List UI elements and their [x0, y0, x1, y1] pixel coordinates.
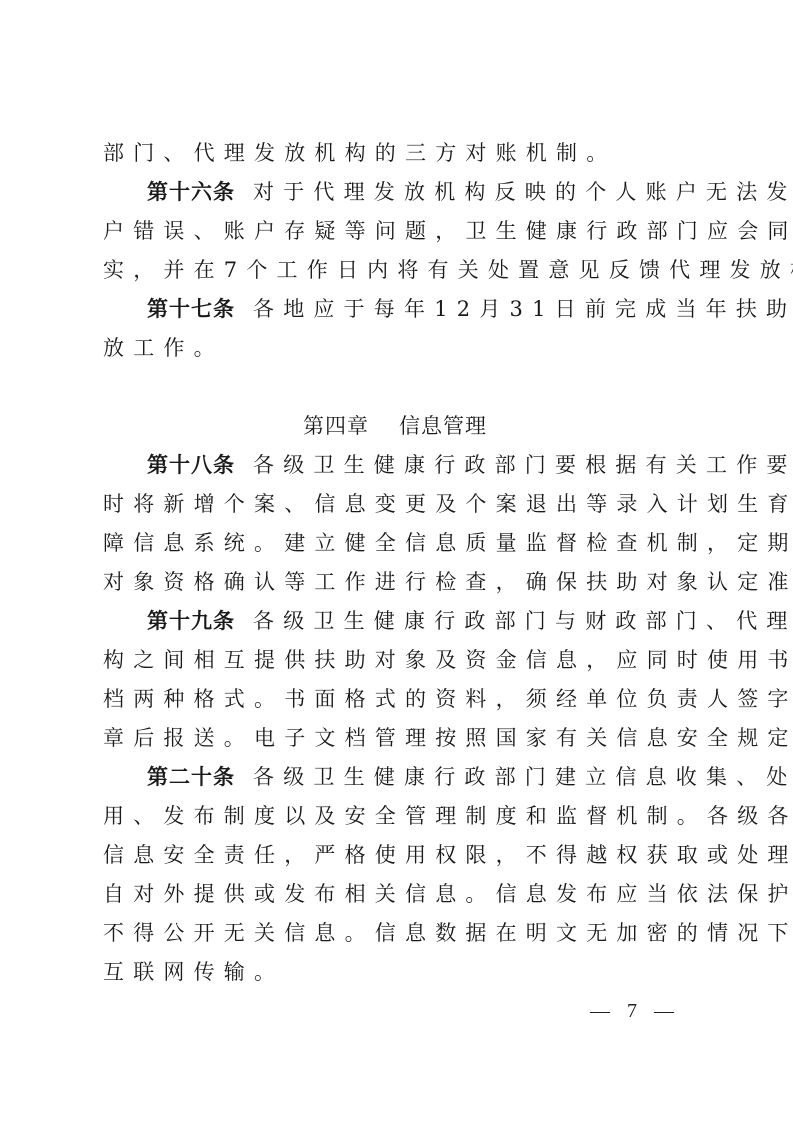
chapter-title: 信息管理	[399, 414, 487, 438]
article-heading: 第十七条	[147, 297, 235, 321]
article-text: 时将新增个案、信息变更及个案退出等录入计划生育家庭扶助保	[103, 485, 693, 524]
article-17: 第十七条各地应于每年12月31日前完成当年扶助资金发 放工作。	[103, 290, 693, 368]
article-text: 自对外提供或发布相关信息。信息发布应当依法保护个人隐私，	[103, 875, 693, 914]
article-16: 第十六条对于代理发放机构反映的个人账户无法发放、账 户错误、账户存疑等问题，卫生…	[103, 173, 693, 290]
chapter-number: 第四章	[303, 414, 369, 438]
document-page: 部门、代理发放机构的三方对账机制。 第十六条对于代理发放机构反映的个人账户无法发…	[103, 134, 693, 992]
article-text: 用、发布制度以及安全管理制度和监督机制。各级各类用户落实	[103, 797, 693, 836]
article-text: 对象资格确认等工作进行检查，确保扶助对象认定准确。	[103, 563, 693, 602]
article-20: 第二十条各级卫生健康行政部门建立信息收集、处理、利 用、发布制度以及安全管理制度…	[103, 758, 693, 992]
article-text: 互联网传输。	[103, 953, 693, 992]
article-text: 障信息系统。建立健全信息质量监督检查机制，定期组织对扶助	[103, 524, 693, 563]
article-text: 不得公开无关信息。信息数据在明文无加密的情况下，不得通过	[103, 914, 693, 953]
article-heading: 第十六条	[147, 180, 235, 204]
article-text: 构之间相互提供扶助对象及资金信息，应同时使用书面和电子文	[103, 641, 693, 680]
article-heading: 第十九条	[147, 609, 235, 633]
article-heading: 第十八条	[147, 453, 235, 477]
article-text: 各地应于每年12月31日前完成当年扶助资金发	[253, 297, 793, 321]
article-19: 第十九条各级卫生健康行政部门与财政部门、代理发放机 构之间相互提供扶助对象及资金…	[103, 602, 693, 758]
article-text: 户错误、账户存疑等问题，卫生健康行政部门应会同财政部门核	[103, 212, 693, 251]
article-18: 第十八条各级卫生健康行政部门要根据有关工作要求，及 时将新增个案、信息变更及个案…	[103, 446, 693, 602]
chapter-heading: 第四章信息管理	[103, 407, 693, 446]
article-text: 档两种格式。书面格式的资料，须经单位负责人签字，加盖单位公	[103, 680, 693, 719]
article-text: 放工作。	[103, 329, 693, 368]
page-number: — 7 —	[590, 1000, 680, 1023]
article-text: 各级卫生健康行政部门要根据有关工作要求，及	[253, 453, 793, 477]
article-text: 对于代理发放机构反映的个人账户无法发放、账	[253, 180, 793, 204]
paragraph-continuation: 部门、代理发放机构的三方对账机制。	[103, 134, 693, 173]
article-text: 章后报送。电子文档管理按照国家有关信息安全规定执行。	[103, 719, 693, 758]
article-text: 各级卫生健康行政部门建立信息收集、处理、利	[253, 765, 793, 789]
article-text: 实，并在7个工作日内将有关处置意见反馈代理发放机构。	[103, 251, 693, 290]
article-text: 各级卫生健康行政部门与财政部门、代理发放机	[253, 609, 793, 633]
article-text: 信息安全责任，严格使用权限，不得越权获取或处理信息，不得擅	[103, 836, 693, 875]
article-heading: 第二十条	[147, 765, 235, 789]
